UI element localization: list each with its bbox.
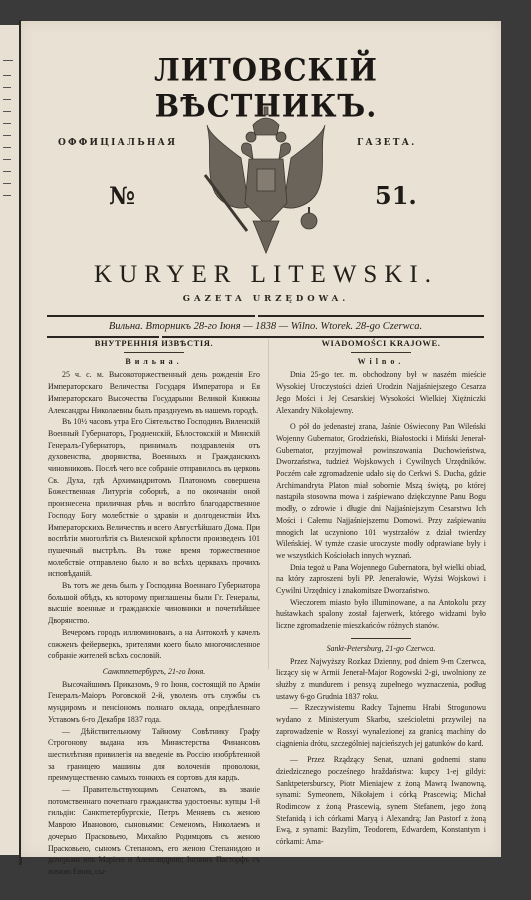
dateline: Вильна. Вторникъ 28-го Іюня — 1838 — Wil… [47, 321, 484, 332]
column-russian: ВНУТРЕННІЯ ИЗВѢСТІЯ. Вильна. 25 ч. с. м.… [48, 336, 260, 878]
city-heading-ru: Вильна. [48, 356, 260, 368]
section-rule [351, 638, 411, 639]
section-title-ru: ВНУТРЕННІЯ ИЗВѢСТІЯ. [48, 338, 260, 350]
column-polish: WIADOMOŚCI KRAJOWE. Wilno. Dnia 25-go te… [276, 336, 486, 848]
dateline-stpetersburg-ru: Санктпетербургъ, 21-го Іюня. [48, 666, 260, 678]
article-paragraph: O pół do jedenastej zrana, Jaśnie Oświec… [276, 421, 486, 561]
article-paragraph: — Правительствующимъ Сенатомъ, въ званіе… [48, 784, 260, 878]
article-paragraph: 25 ч. с. м. Высокоторжественный день рож… [48, 369, 260, 416]
dateline-stpetersburg-pl: Sankt-Petersburg, 21-go Czerwca. [276, 643, 486, 655]
article-paragraph: Въ тотъ же день былъ у Господина Военнаг… [48, 580, 260, 627]
city-heading-pl: Wilno. [276, 356, 486, 368]
article-paragraph: Wieczorem miasto było illuminowane, a na… [276, 597, 486, 632]
number-sign: № [109, 181, 135, 210]
section-title-pl: WIADOMOŚCI KRAJOWE. [276, 338, 486, 350]
article-paragraph: Вечеромъ городъ иллюминованъ, а на Анток… [48, 627, 260, 662]
article-paragraph: — Дѣйствительному Тайному Совѣтнику Граф… [48, 726, 260, 785]
rule-top-right [258, 315, 484, 317]
newspaper-page: ЛИТОВСКІЙ ВѢСТНИКЪ. ОФФИЦІАЛЬНАЯ ГАЗЕТА.… [21, 21, 501, 857]
previous-page-edge [0, 25, 20, 855]
masthead-subtitle-polish: GAZETA URZĘDOWA. [81, 294, 451, 304]
column-divider [268, 339, 269, 669]
article-paragraph: Przez Najwyższy Rozkaz Dzienny, pod dnie… [276, 656, 486, 703]
gazette-label: ГАЗЕТА. [357, 138, 416, 148]
article-paragraph: — Przez Rządzący Senat, uznani godnemi s… [276, 754, 486, 848]
article-paragraph: Dnia 25-go ter. m. obchodzony był w nasz… [276, 369, 486, 416]
title-rule [124, 352, 184, 353]
issue-number: 51. [375, 181, 417, 210]
article-paragraph: Dnia tegoż u Pana Wojennego Gubernatora,… [276, 562, 486, 597]
double-headed-eagle-icon [191, 103, 341, 263]
masthead-title-polish: KURYER LITEWSKI. [81, 261, 451, 289]
official-label: ОФФИЦІАЛЬНАЯ [58, 138, 177, 148]
article-paragraph: Въ 10½ часовъ утра Его Сіятельство Госпо… [48, 416, 260, 580]
title-rule [351, 352, 411, 353]
article-paragraph: Высочайшимъ Приказомъ, 9 го Іюня, состоя… [48, 679, 260, 726]
article-paragraph: — Rzeczywistemu Radcy Tajnemu Hrabi Stro… [276, 702, 486, 749]
rule-top-left [47, 315, 255, 317]
